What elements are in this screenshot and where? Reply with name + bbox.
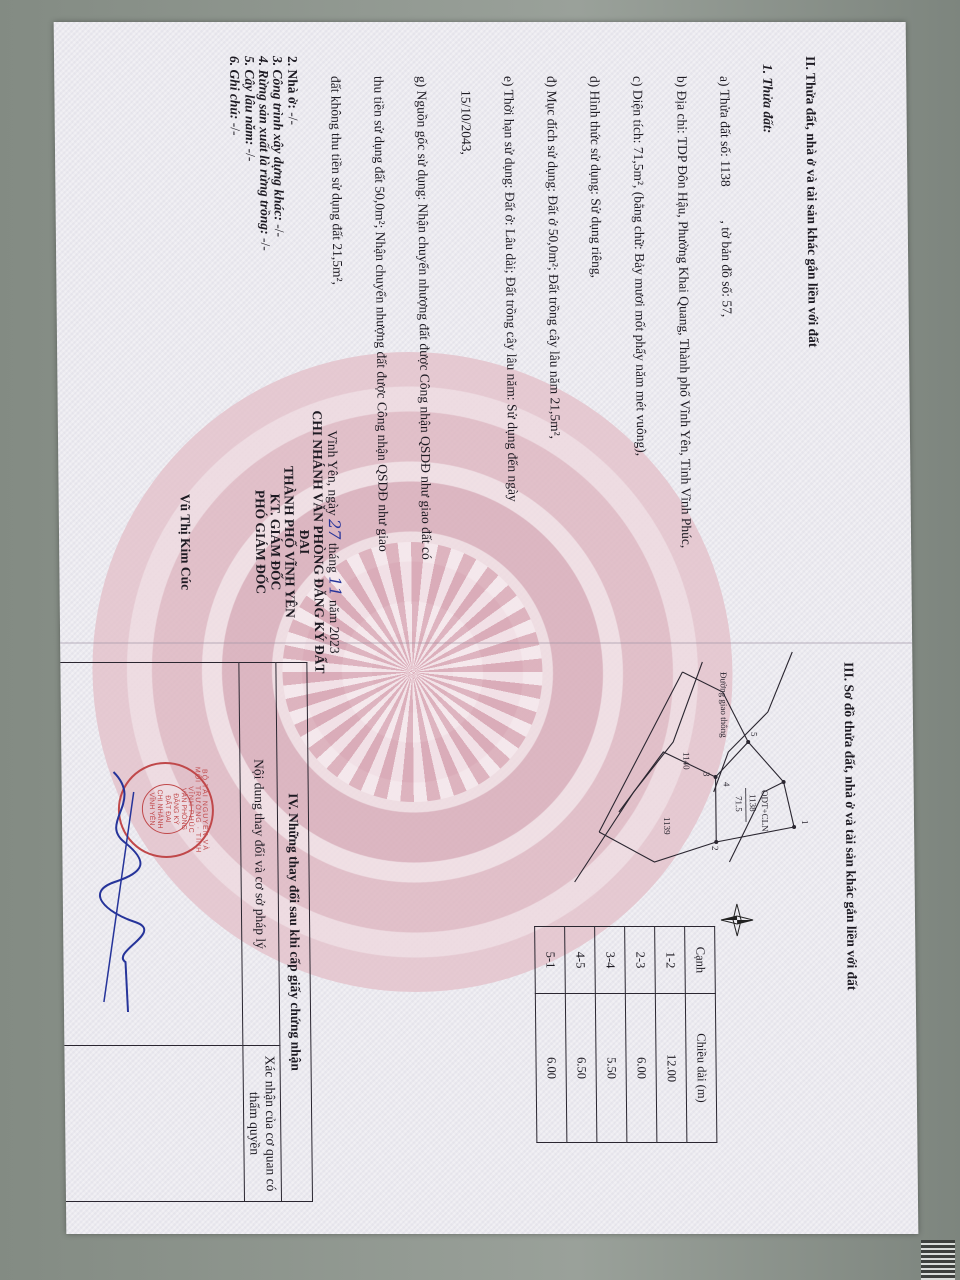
edge-cell: 3-4 (595, 927, 626, 994)
north-arrow-icon (719, 902, 755, 938)
signature-block: Vĩnh Yên, ngày 27 tháng 11 năm 2023 CHI … (176, 402, 342, 682)
month-handwritten: 11 (325, 576, 344, 596)
svg-text:3: 3 (702, 772, 712, 777)
org-line-2: THÀNH PHỐ VĨNH YÊN (280, 402, 298, 682)
svg-text:1140: 1140 (681, 752, 691, 770)
edge-cell: 1-2 (655, 927, 686, 994)
changes-content-cell (54, 663, 243, 1046)
edge-row: 4-56.50 (565, 927, 597, 1143)
parcel-line: g) Nguồn gốc sử dụng: Nhận chuyển nhượng… (414, 56, 434, 560)
year-label: năm 2023 (327, 600, 343, 654)
parcel-line: d) Hình thức sử dụng: Sử dụng riêng, (587, 56, 607, 560)
svg-text:1: 1 (800, 820, 810, 824)
svg-text:5: 5 (749, 732, 759, 737)
role-line-2: PHÓ GIÁM ĐỐC (251, 402, 269, 682)
authority-confirmation-header: Xác nhận của cơ quan có thẩm quyền (243, 1046, 282, 1202)
edge-row: 1-212.00 (655, 927, 687, 1143)
length-cell: 6.00 (625, 994, 657, 1143)
length-cell: 12.00 (655, 994, 687, 1143)
edge-cell: 4-5 (565, 927, 596, 994)
item-value: -/- (258, 238, 273, 251)
item-value: -/- (272, 224, 287, 237)
svg-text:4: 4 (722, 782, 732, 787)
parcel-line: c) Diện tích: 71,5m², (bằng chữ: Bảy mươ… (630, 56, 650, 560)
item-label: 3. Công trình xây dựng khác: (270, 56, 287, 221)
parcel-line: b) Địa chỉ: TDP Đôn Hậu, Phường Khai Qua… (673, 56, 693, 560)
parcel-line: 15/10/2043, (457, 56, 477, 560)
edge-cell: 5-1 (535, 927, 566, 994)
parcel-line: đ) Mục đích sử dụng: Đất ở 50,0m²; Đất t… (544, 56, 564, 560)
length-cell: 6.00 (535, 994, 567, 1143)
length-header: Chiều dài (m) (685, 994, 717, 1143)
edge-row: 5-16.00 (535, 927, 567, 1143)
item-value: -/- (285, 112, 300, 125)
svg-text:71.5: 71.5 (734, 796, 744, 812)
length-cell: 5.50 (595, 994, 627, 1143)
section-2-subtitle: 1. Thửa đất: (760, 56, 780, 560)
svg-text:2: 2 (710, 846, 720, 850)
section-2-title: II. Thửa đất, nhà ở và tài sản khác gắn … (803, 56, 823, 560)
parcel-line: a) Thửa đất số: 1138 , tờ bản đồ số: 57, (716, 56, 736, 560)
certificate-page: II. Thửa đất, nhà ở và tài sản khác gắn … (54, 22, 919, 1234)
svg-text:Đường giao thông: Đường giao thông (718, 672, 729, 738)
month-label: tháng (326, 543, 341, 573)
edge-header: Cạnh (685, 927, 716, 994)
org-line-1: CHI NHÁNH VĂN PHÒNG ĐĂNG KÝ ĐẤT ĐAI (295, 402, 327, 682)
qr-code-fragment (921, 1240, 955, 1280)
role-line-1: KT. GIÁM ĐỐC (266, 402, 284, 682)
svg-text:ODT+CLN: ODT+CLN (760, 790, 770, 832)
item-label: 6. Ghi chú: (227, 56, 243, 119)
signer-name: Vũ Thị Kim Cúc (176, 402, 194, 682)
item-label: 4. Rừng sản xuất là rừng trồng: (256, 56, 273, 235)
rotated-document-frame: II. Thửa đất, nhà ở và tài sản khác gắn … (0, 0, 960, 1280)
parcel-line: e) Thời hạn sử dụng: Đất ở: Lâu dài; Đất… (500, 56, 520, 560)
edge-row: 2-36.00 (625, 927, 657, 1143)
item-value: -/- (243, 149, 258, 162)
changes-content-header: Nội dung thay đổi và cơ sở pháp lý (239, 663, 280, 1046)
authority-confirmation-cell (54, 1046, 245, 1202)
section-4-changes-table: IV. Những thay đổi sau khi cấp giấy chứn… (54, 662, 313, 1202)
edge-length-table: Cạnh Chiều dài (m) 1-212.002-36.003-45.5… (534, 926, 717, 1143)
item-label: 2. Nhà ở: (285, 56, 301, 109)
svg-text:1139: 1139 (662, 817, 672, 835)
item-value: -/- (228, 123, 243, 136)
day-handwritten: 27 (325, 519, 344, 539)
section-3-title: III. Sơ đồ thửa đất, nhà ở và tài sản kh… (840, 662, 859, 990)
length-cell: 6.50 (565, 994, 597, 1143)
edge-cell: 2-3 (625, 927, 656, 994)
place-date-prefix: Vĩnh Yên, ngày (325, 430, 341, 515)
svg-text:1138: 1138 (748, 794, 758, 812)
section-4-title: IV. Những thay đổi sau khi cấp giấy chứn… (276, 663, 313, 1202)
section-2: II. Thửa đất, nhà ở và tài sản khác gắn … (256, 56, 852, 560)
edge-row: 3-45.50 (595, 927, 627, 1143)
item-label: 5. Cây lâu năm: (242, 56, 258, 145)
parcel-line: thu tiền sử dụng đất 50,0m²; Nhận chuyển… (371, 56, 391, 560)
